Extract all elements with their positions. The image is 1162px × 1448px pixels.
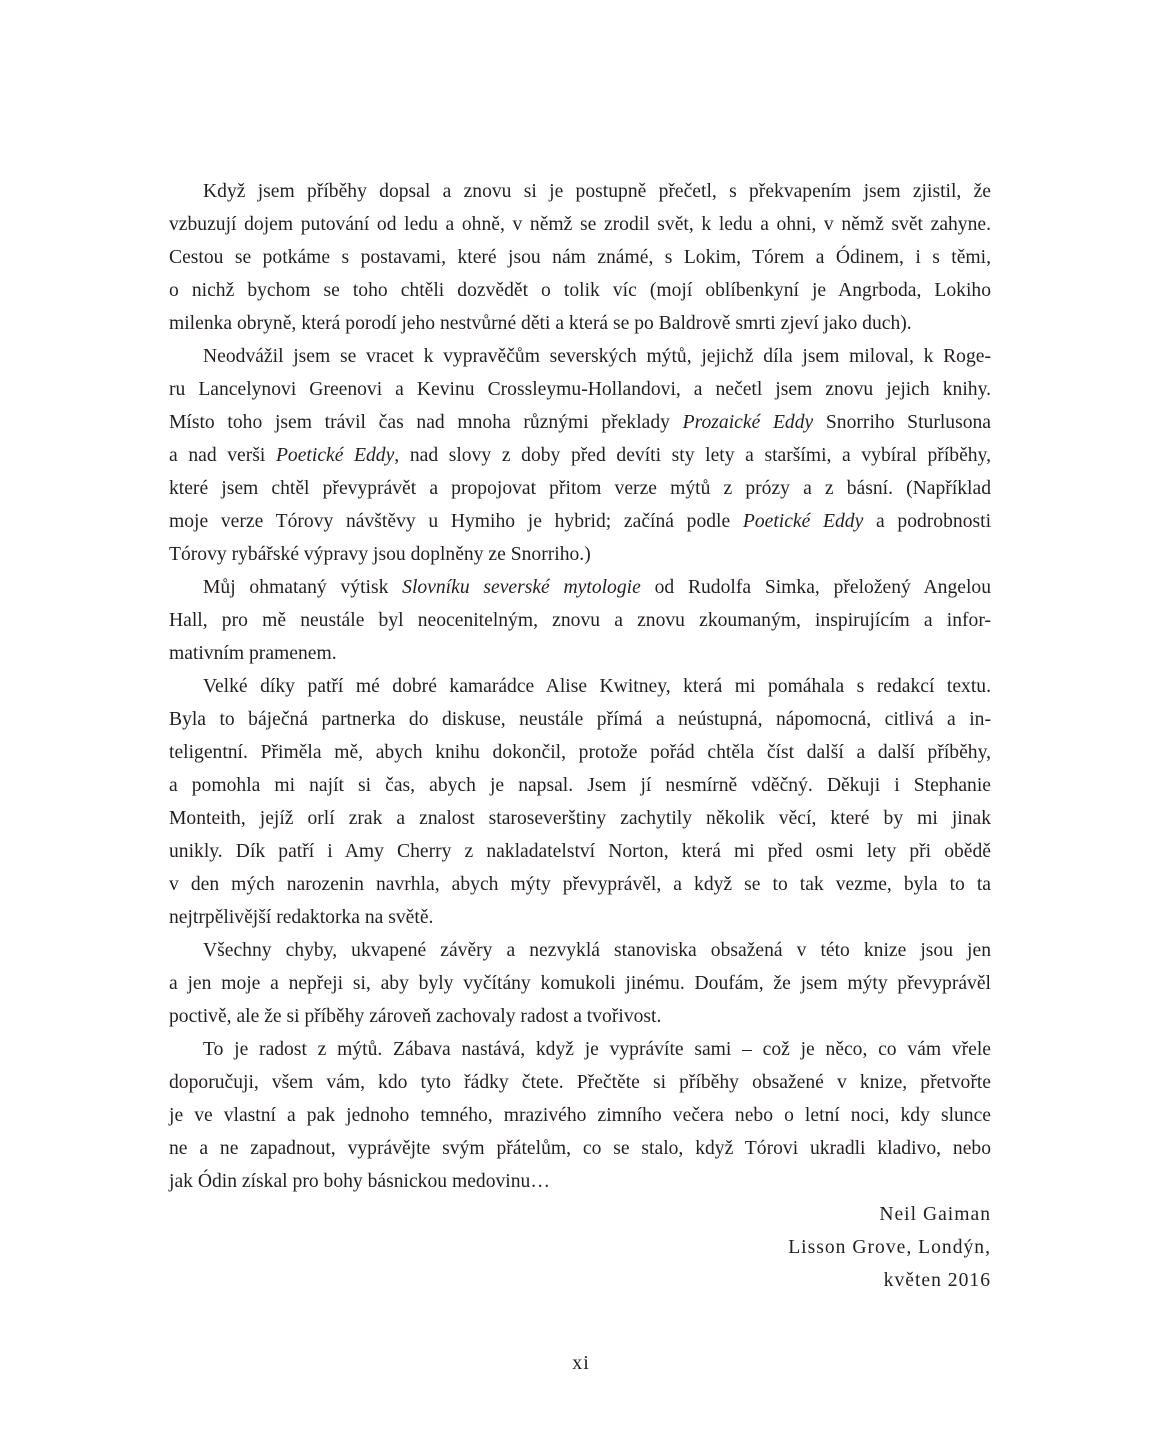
text-line: doporučuji, všem vám, kdo tyto řádky čte… xyxy=(169,1066,991,1099)
text-line: a nad verši Poetické Eddy, nad slovy z d… xyxy=(169,439,991,472)
paragraph: To je radost z mýtů. Zábava nastává, kdy… xyxy=(169,1033,991,1198)
text-line: Můj ohmataný výtisk Slovníku severské my… xyxy=(169,571,991,604)
text-line: Neodvážil jsem se vracet k vypravěčům se… xyxy=(169,340,991,373)
text-line: Hall, pro mě neustále byl neocenitelným,… xyxy=(169,604,991,637)
text-line: a jen moje a nepřeji si, aby byly vyčítá… xyxy=(169,967,991,1000)
page-number: xi xyxy=(0,1352,1162,1375)
foreword-text: Když jsem příběhy dopsal a znovu si je p… xyxy=(169,175,991,1198)
book-title: Slovníku severské mytologie xyxy=(402,577,641,598)
text-line: To je radost z mýtů. Zábava nastává, kdy… xyxy=(169,1033,991,1066)
book-title: Poetické Eddy xyxy=(743,511,863,532)
text-line: a pomohla mi najít si čas, abych je naps… xyxy=(169,769,991,802)
signature-block: Neil Gaiman Lisson Grove, Londýn, květen… xyxy=(169,1198,991,1297)
text-line: je ve vlastní a pak jednoho temného, mra… xyxy=(169,1099,991,1132)
text-line: Monteith, jejíž orlí zrak a znalost star… xyxy=(169,802,991,835)
text-line: mativním pramenem. xyxy=(169,637,991,670)
text-line: moje verze Tórovy návštěvy u Hymiho je h… xyxy=(169,505,991,538)
text-line: jak Ódin získal pro bohy básnickou medov… xyxy=(169,1165,991,1198)
book-page-body: Když jsem příběhy dopsal a znovu si je p… xyxy=(169,175,991,1297)
text-line: Když jsem příběhy dopsal a znovu si je p… xyxy=(169,175,991,208)
signature-date: květen 2016 xyxy=(169,1264,991,1297)
book-title: Poetické Eddy xyxy=(276,445,394,466)
text-line: Tórovy rybářské výpravy jsou doplněny ze… xyxy=(169,538,991,571)
text-line: milenka obryně, která porodí jeho nestvů… xyxy=(169,307,991,340)
text-line: Byla to báječná partnerka do diskuse, ne… xyxy=(169,703,991,736)
text-line: Velké díky patří mé dobré kamarádce Alis… xyxy=(169,670,991,703)
text-line: Místo toho jsem trávil čas nad mnoha růz… xyxy=(169,406,991,439)
text-line: ne a ne zapadnout, vyprávějte svým přáte… xyxy=(169,1132,991,1165)
text-line: teligentní. Přiměla mě, abych knihu doko… xyxy=(169,736,991,769)
text-line: vzbuzují dojem putování od ledu a ohně, … xyxy=(169,208,991,241)
book-title: Prozaické Eddy xyxy=(683,412,814,433)
signature-author: Neil Gaiman xyxy=(169,1198,991,1231)
text-line: které jsem chtěl převyprávět a propojova… xyxy=(169,472,991,505)
text-line: ru Lancelynovi Greenovi a Kevinu Crossle… xyxy=(169,373,991,406)
signature-place: Lisson Grove, Londýn, xyxy=(169,1231,991,1264)
paragraph: Velké díky patří mé dobré kamarádce Alis… xyxy=(169,670,991,934)
text-line: v den mých narozenin navrhla, abych mýty… xyxy=(169,868,991,901)
paragraph: Všechny chyby, ukvapené závěry a nezvykl… xyxy=(169,934,991,1033)
text-line: poctivě, ale že si příběhy zároveň zacho… xyxy=(169,1000,991,1033)
text-line: o nichž bychom se toho chtěli dozvědět o… xyxy=(169,274,991,307)
text-line: Cestou se potkáme s postavami, které jso… xyxy=(169,241,991,274)
paragraph: Neodvážil jsem se vracet k vypravěčům se… xyxy=(169,340,991,571)
text-line: unikly. Dík patří i Amy Cherry z naklada… xyxy=(169,835,991,868)
text-line: nejtrpělivější redaktorka na světě. xyxy=(169,901,991,934)
paragraph: Můj ohmataný výtisk Slovníku severské my… xyxy=(169,571,991,670)
text-line: Všechny chyby, ukvapené závěry a nezvykl… xyxy=(169,934,991,967)
paragraph: Když jsem příběhy dopsal a znovu si je p… xyxy=(169,175,991,340)
